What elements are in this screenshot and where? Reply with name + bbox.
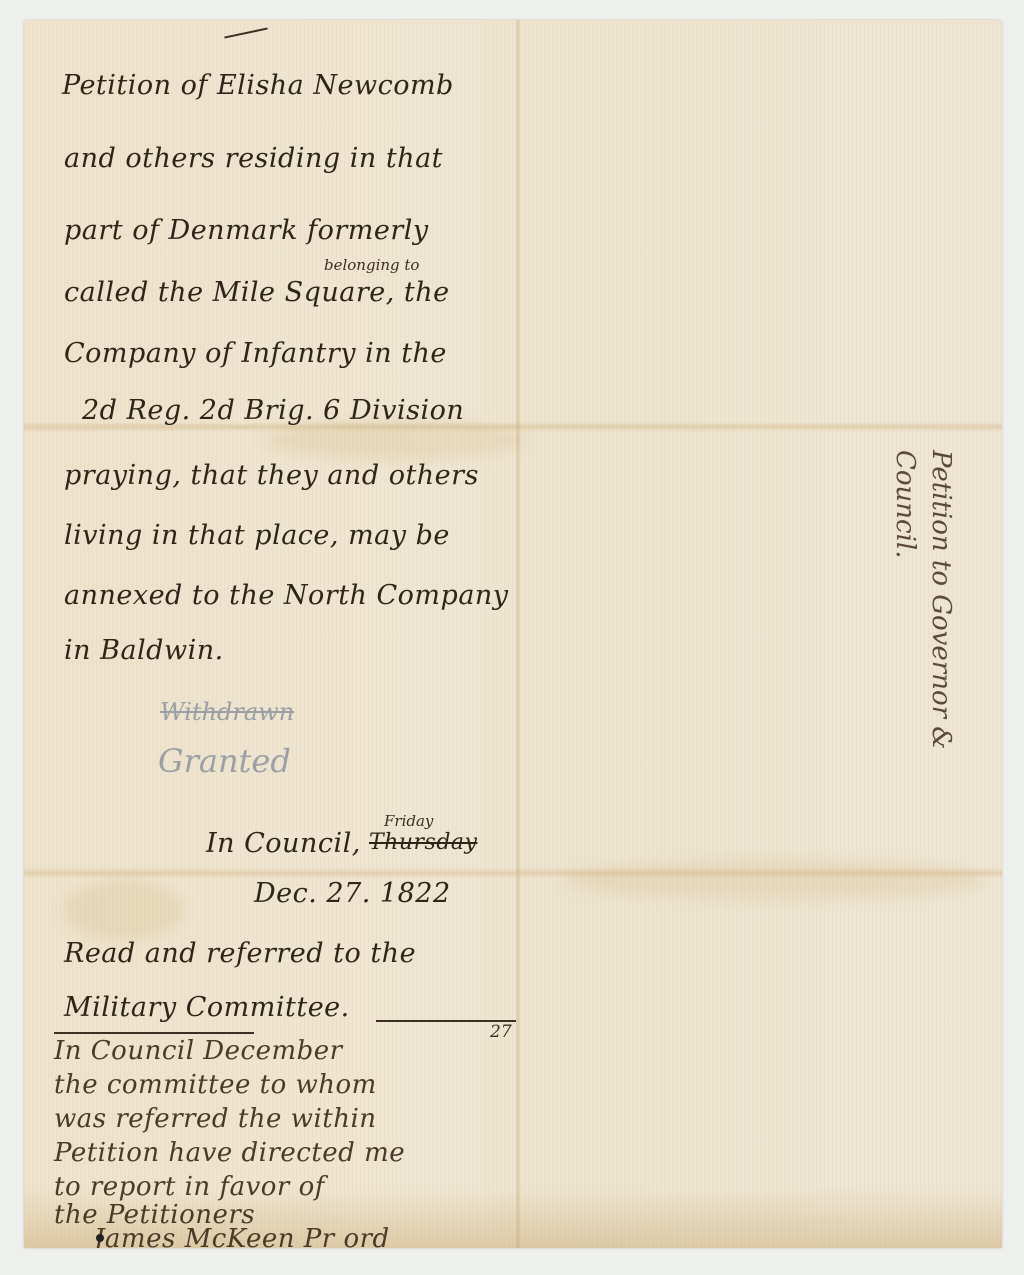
underline-rule [54,1032,254,1034]
report-line: Petition have directed me [54,1138,405,1168]
stain [264,420,524,460]
report-line: was referred the within [54,1104,377,1134]
pencil-granted-note: Granted [158,742,291,780]
petition-line: Company of Infantry in the [64,338,447,369]
date-superscript: 27 [490,1022,512,1042]
day-inserted: Friday [384,812,433,830]
vertical-fold [516,20,520,1248]
petition-line: part of Denmark formerly [64,215,429,246]
council-date: Dec. 27. 1822 [254,878,451,909]
council-heading: In Council, [206,828,361,859]
petition-line: annexed to the North Company [64,580,509,611]
pencil-struck-note: Withdrawn [160,698,294,726]
endorsement-line: Petition to Governor & [926,450,956,749]
report-line: to report in favor of [54,1172,325,1202]
tick-mark [224,27,267,38]
stain [564,860,984,900]
council-action: Read and referred to the [64,938,416,969]
petition-line: praying, that they and others [64,460,479,491]
report-line: the committee to whom [54,1070,377,1100]
petition-line: Petition of Elisha Newcomb [62,70,454,101]
document-sheet: Petition of Elisha Newcomb and others re… [24,20,1002,1248]
endorsement-line: Council. [890,450,920,559]
report-signature: James McKeen Pr ord [94,1224,390,1248]
petition-line: called the Mile Square, the [64,277,450,308]
report-line: In Council December [54,1036,343,1066]
day-struck: Thursday [369,830,477,855]
interlineation: belonging to [324,256,419,274]
petition-line: in Baldwin. [64,635,224,666]
stain [64,880,184,940]
petition-line: living in that place, may be [64,520,450,551]
ink-blot [96,1234,104,1242]
petition-line: 2d Reg. 2d Brig. 6 Division [82,395,464,426]
petition-line: and others residing in that [64,143,443,174]
council-action: Military Committee. [64,992,350,1023]
